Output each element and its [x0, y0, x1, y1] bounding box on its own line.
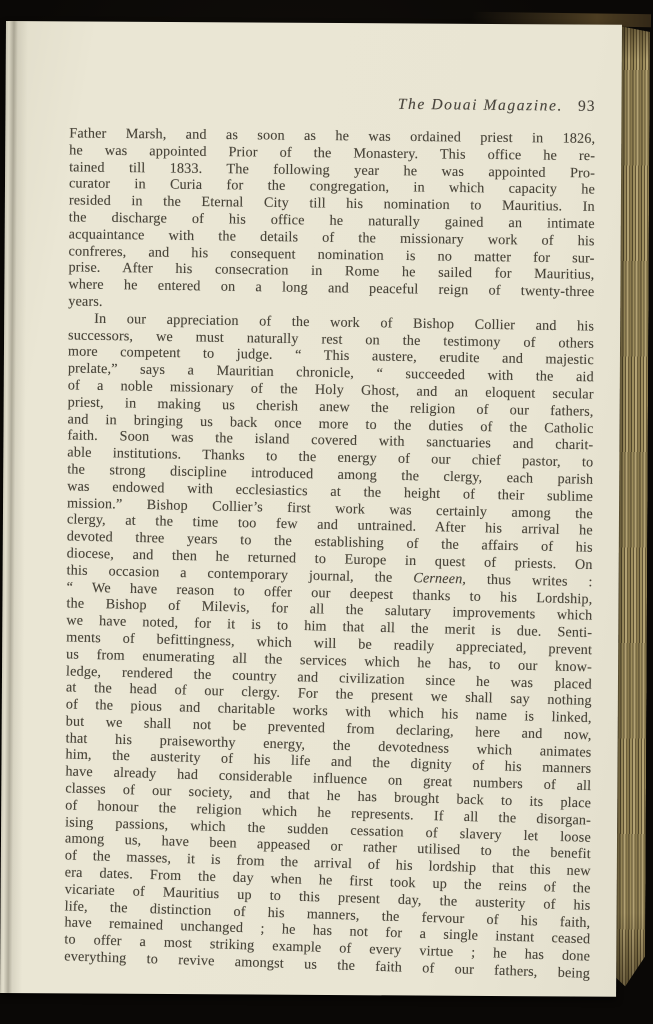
page-body: Father Marsh, and as soon as he was orda…	[64, 125, 595, 968]
plain-text: thus writes :	[466, 571, 593, 590]
italic-text: Cerneen,	[413, 570, 466, 587]
book-page: The Douai Magazine.93 Father Marsh, and …	[0, 21, 622, 997]
page-number: 93	[578, 98, 596, 115]
page-fold-shadow	[0, 21, 28, 993]
photo-background: The Douai Magazine.93 Father Marsh, and …	[0, 0, 653, 1024]
running-header: The Douai Magazine.93	[69, 92, 595, 116]
magazine-title: The Douai Magazine.	[398, 96, 563, 115]
